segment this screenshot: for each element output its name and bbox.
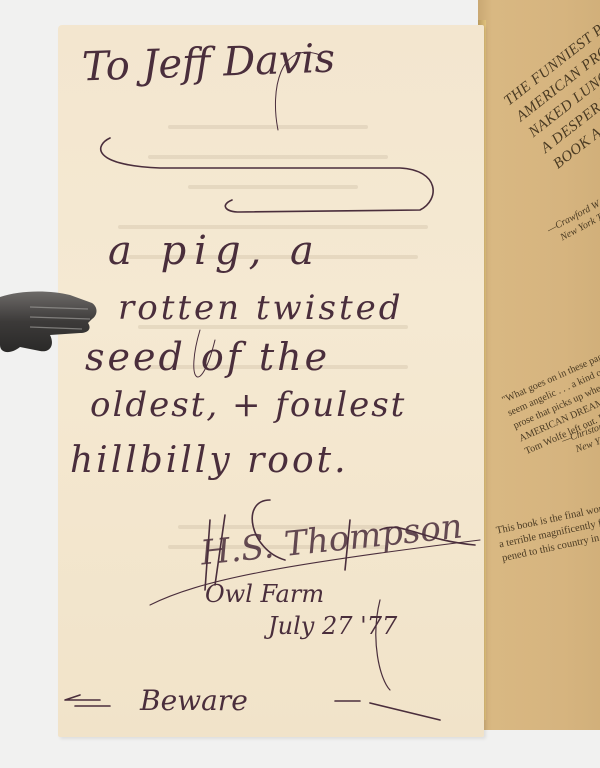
inscription-line: oldest, + foulest bbox=[90, 385, 406, 425]
inscription-dedication: To Jeff Davis bbox=[81, 36, 335, 91]
inscription-line: a pig, a bbox=[108, 228, 322, 274]
show-through-text bbox=[188, 185, 358, 189]
inscription-line: rotten twisted bbox=[118, 288, 404, 328]
metal-hand-holder bbox=[0, 285, 98, 365]
show-through-text bbox=[148, 155, 388, 159]
inscription-date: July 27 '77 bbox=[268, 612, 397, 640]
inscription-place: Owl Farm bbox=[205, 580, 324, 608]
inscription-line: hillbilly root. bbox=[70, 440, 349, 481]
inscription-footer: Beware bbox=[140, 684, 248, 717]
show-through-text bbox=[168, 125, 368, 129]
inscription-line: seed of the bbox=[85, 335, 330, 379]
photo-scene: The funniest piece American prose s Nake… bbox=[0, 0, 600, 768]
